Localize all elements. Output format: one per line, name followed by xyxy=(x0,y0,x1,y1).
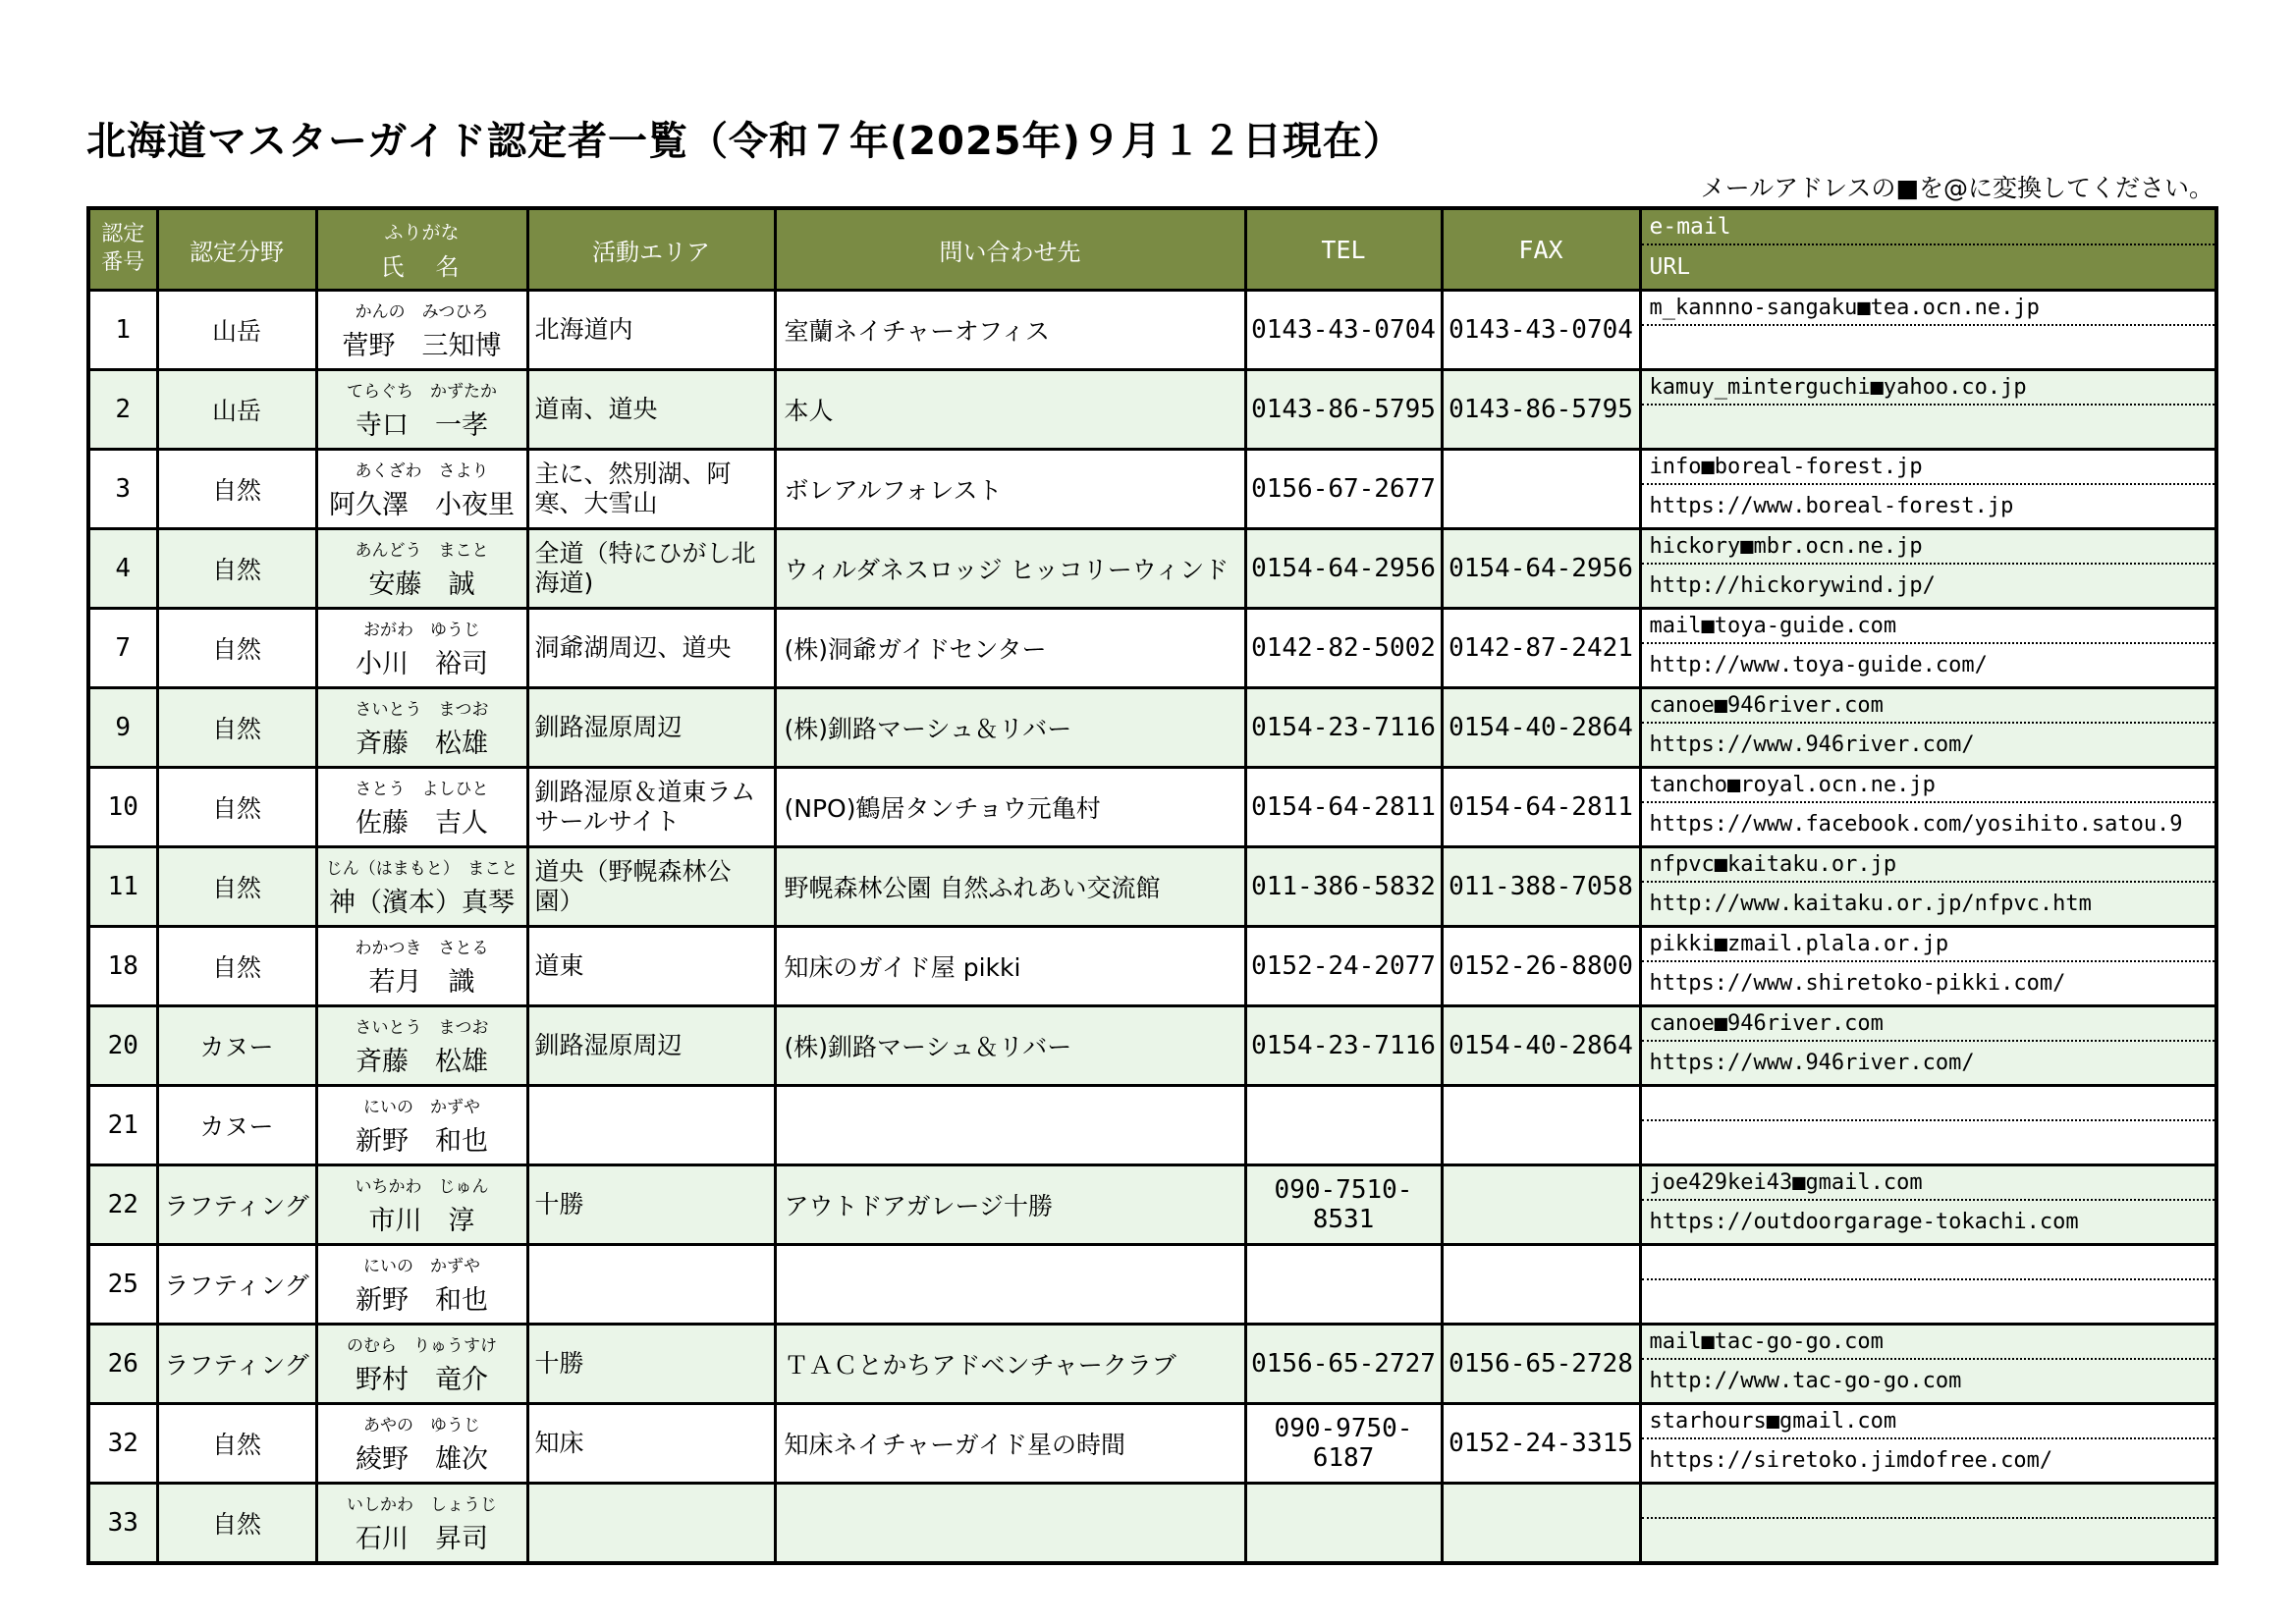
name-text: 小川 裕司 xyxy=(355,642,488,680)
url-text xyxy=(1642,326,2215,368)
name-text: 新野 和也 xyxy=(355,1119,488,1158)
cell-contact: (株)洞爺ガイドセンター xyxy=(775,609,1245,688)
cell-tel xyxy=(1245,1484,1442,1564)
cell-category: 自然 xyxy=(157,529,316,609)
email-text: mail■tac-go-go.com xyxy=(1642,1326,2215,1360)
cell-contact: 知床のガイド屋 pikki xyxy=(775,927,1245,1006)
cell-name: いしかわ しょうじ 石川 昇司 xyxy=(316,1484,527,1564)
cell-category: カヌー xyxy=(157,1006,316,1086)
cell-category: 自然 xyxy=(157,688,316,768)
cell-contact: (株)釧路マーシュ＆リバー xyxy=(775,688,1245,768)
cell-category: ラフティング xyxy=(157,1245,316,1325)
cell-contact xyxy=(775,1484,1245,1564)
name-text: 若月 識 xyxy=(369,960,475,999)
table-row: 11 自然 じん（はまもと） まこと 神（濱本）真琴 道央（野幌森林公園） 野幌… xyxy=(88,847,2216,927)
cell-category: 山岳 xyxy=(157,370,316,450)
cell-cert-number: 26 xyxy=(88,1325,157,1404)
cell-tel: 0154-64-2956 xyxy=(1245,529,1442,609)
cell-email-url: joe429kei43■gmail.com https://outdoorgar… xyxy=(1640,1165,2216,1245)
header-url-label: URL xyxy=(1642,245,2215,289)
cell-email-url: canoe■946river.com https://www.946river.… xyxy=(1640,1006,2216,1086)
cell-name: あくざわ さより 阿久澤 小夜里 xyxy=(316,450,527,529)
cell-name: わかつき さとる 若月 識 xyxy=(316,927,527,1006)
cell-contact: (NPO)鶴居タンチョウ元亀村 xyxy=(775,768,1245,847)
header-row: 認定 番号 認定分野 ふりがな 氏 名 活動エリア 問い合わせ先 TEL FAX… xyxy=(88,208,2216,291)
cell-tel: 090-9750-6187 xyxy=(1245,1404,1442,1484)
cell-tel: 0154-64-2811 xyxy=(1245,768,1442,847)
email-text: canoe■946river.com xyxy=(1642,689,2215,724)
header-tel: TEL xyxy=(1245,208,1442,291)
name-text: 野村 竜介 xyxy=(355,1358,488,1396)
certified-guides-table: 認定 番号 認定分野 ふりがな 氏 名 活動エリア 問い合わせ先 TEL FAX… xyxy=(86,206,2218,1565)
header-fax: FAX xyxy=(1442,208,1640,291)
name-text: 安藤 誠 xyxy=(369,563,475,601)
cell-tel: 0143-43-0704 xyxy=(1245,291,1442,370)
cell-cert-number: 33 xyxy=(88,1484,157,1564)
cell-email-url: canoe■946river.com https://www.946river.… xyxy=(1640,688,2216,768)
furigana-text: さとう よしひと xyxy=(355,775,489,799)
cell-category: 自然 xyxy=(157,1484,316,1564)
cell-cert-number: 10 xyxy=(88,768,157,847)
cell-tel: 011-386-5832 xyxy=(1245,847,1442,927)
cell-category: 自然 xyxy=(157,927,316,1006)
name-text: 菅野 三知博 xyxy=(343,324,502,362)
url-text xyxy=(1642,1519,2215,1561)
cell-contact xyxy=(775,1086,1245,1165)
cell-area xyxy=(527,1245,775,1325)
furigana-text: てらぐち かずたか xyxy=(347,377,497,402)
email-text: canoe■946river.com xyxy=(1642,1007,2215,1042)
cell-email-url: kamuy_minterguchi■yahoo.co.jp xyxy=(1640,370,2216,450)
cell-email-url xyxy=(1640,1245,2216,1325)
cell-cert-number: 4 xyxy=(88,529,157,609)
cell-tel: 090-7510-8531 xyxy=(1245,1165,1442,1245)
furigana-text: あやの ゆうじ xyxy=(363,1411,480,1435)
cell-cert-number: 32 xyxy=(88,1404,157,1484)
furigana-text: いしかわ しょうじ xyxy=(347,1490,497,1515)
cell-fax: 0143-43-0704 xyxy=(1442,291,1640,370)
cell-category: 自然 xyxy=(157,450,316,529)
cell-area: 主に、然別湖、阿寒、大雪山 xyxy=(527,450,775,529)
table-row: 18 自然 わかつき さとる 若月 識 道東 知床のガイド屋 pikki 015… xyxy=(88,927,2216,1006)
cell-email-url: nfpvc■kaitaku.or.jp http://www.kaitaku.o… xyxy=(1640,847,2216,927)
furigana-text: わかつき さとる xyxy=(355,934,489,958)
cell-category: 自然 xyxy=(157,768,316,847)
table-row: 3 自然 あくざわ さより 阿久澤 小夜里 主に、然別湖、阿寒、大雪山 ボレアル… xyxy=(88,450,2216,529)
table-row: 25 ラフティング にいの かずや 新野 和也 xyxy=(88,1245,2216,1325)
cell-fax xyxy=(1442,1245,1640,1325)
table-row: 7 自然 おがわ ゆうじ 小川 裕司 洞爺湖周辺、道央 (株)洞爺ガイドセンター… xyxy=(88,609,2216,688)
furigana-text: のむら りゅうすけ xyxy=(347,1331,497,1356)
name-text: 阿久澤 小夜里 xyxy=(329,483,515,521)
cell-fax: 0152-24-3315 xyxy=(1442,1404,1640,1484)
cell-email-url: m_kannno-sangaku■tea.ocn.ne.jp xyxy=(1640,291,2216,370)
furigana-text: かんの みつひろ xyxy=(355,298,489,322)
email-text xyxy=(1642,1087,2215,1121)
url-text xyxy=(1642,406,2215,448)
page-title: 北海道マスターガイド認定者一覧（令和７年(2025年)９月１２日現在） xyxy=(86,110,1403,166)
name-text: 石川 昇司 xyxy=(355,1517,488,1555)
url-text: https://www.shiretoko-pikki.com/ xyxy=(1642,962,2215,1004)
url-text: http://www.tac-go-go.com xyxy=(1642,1360,2215,1402)
cell-fax: 0154-64-2811 xyxy=(1442,768,1640,847)
cell-tel xyxy=(1245,1245,1442,1325)
email-replacement-note: メールアドレスの■を@に変換してください。 xyxy=(1701,169,2214,204)
cell-category: ラフティング xyxy=(157,1165,316,1245)
cell-fax xyxy=(1442,1086,1640,1165)
cell-email-url: mail■toya-guide.com http://www.toya-guid… xyxy=(1640,609,2216,688)
cell-name: あやの ゆうじ 綾野 雄次 xyxy=(316,1404,527,1484)
cell-contact: アウトドアガレージ十勝 xyxy=(775,1165,1245,1245)
email-text: joe429kei43■gmail.com xyxy=(1642,1166,2215,1201)
cell-contact: 本人 xyxy=(775,370,1245,450)
cell-name: のむら りゅうすけ 野村 竜介 xyxy=(316,1325,527,1404)
header-category: 認定分野 xyxy=(157,208,316,291)
cell-fax: 011-388-7058 xyxy=(1442,847,1640,927)
header-name: ふりがな 氏 名 xyxy=(316,208,527,291)
cell-category: 山岳 xyxy=(157,291,316,370)
cell-contact: ＴＡＣとかちアドベンチャークラブ xyxy=(775,1325,1245,1404)
header-cert-number: 認定 番号 xyxy=(88,208,157,291)
cell-tel xyxy=(1245,1086,1442,1165)
url-text: http://hickorywind.jp/ xyxy=(1642,565,2215,607)
cell-cert-number: 1 xyxy=(88,291,157,370)
cell-name: にいの かずや 新野 和也 xyxy=(316,1086,527,1165)
cell-name: にいの かずや 新野 和也 xyxy=(316,1245,527,1325)
header-email-label: e-mail xyxy=(1642,210,2215,245)
cell-cert-number: 18 xyxy=(88,927,157,1006)
cell-area: 十勝 xyxy=(527,1325,775,1404)
name-text: 斉藤 松雄 xyxy=(355,1040,488,1078)
cell-fax: 0154-64-2956 xyxy=(1442,529,1640,609)
cell-area: 釧路湿原周辺 xyxy=(527,1006,775,1086)
cell-tel: 0154-23-7116 xyxy=(1245,1006,1442,1086)
url-text: http://www.kaitaku.or.jp/nfpvc.htm xyxy=(1642,883,2215,925)
furigana-text: あんどう まこと xyxy=(355,536,489,561)
cell-cert-number: 25 xyxy=(88,1245,157,1325)
cell-email-url xyxy=(1640,1484,2216,1564)
cell-cert-number: 7 xyxy=(88,609,157,688)
table-row: 2 山岳 てらぐち かずたか 寺口 一孝 道南、道央 本人 0143-86-57… xyxy=(88,370,2216,450)
cell-contact: 知床ネイチャーガイド星の時間 xyxy=(775,1404,1245,1484)
header-name-label: 氏 名 xyxy=(381,247,464,282)
table-row: 9 自然 さいとう まつお 斉藤 松雄 釧路湿原周辺 (株)釧路マーシュ＆リバー… xyxy=(88,688,2216,768)
cell-category: 自然 xyxy=(157,1404,316,1484)
email-text: nfpvc■kaitaku.or.jp xyxy=(1642,848,2215,883)
cell-contact: (株)釧路マーシュ＆リバー xyxy=(775,1006,1245,1086)
email-text: tancho■royal.ocn.ne.jp xyxy=(1642,769,2215,803)
table-row: 22 ラフティング いちかわ じゅん 市川 淳 十勝 アウトドアガレージ十勝 0… xyxy=(88,1165,2216,1245)
header-furigana-label: ふりがな xyxy=(384,218,459,244)
header-email-url: e-mail URL xyxy=(1640,208,2216,291)
cell-area: 洞爺湖周辺、道央 xyxy=(527,609,775,688)
email-text: info■boreal-forest.jp xyxy=(1642,451,2215,485)
cell-tel: 0142-82-5002 xyxy=(1245,609,1442,688)
table-row: 1 山岳 かんの みつひろ 菅野 三知博 北海道内 室蘭ネイチャーオフィス 01… xyxy=(88,291,2216,370)
cell-email-url: tancho■royal.ocn.ne.jp https://www.faceb… xyxy=(1640,768,2216,847)
table-row: 10 自然 さとう よしひと 佐藤 吉人 釧路湿原＆道東ラムサールサイト (NP… xyxy=(88,768,2216,847)
cell-category: カヌー xyxy=(157,1086,316,1165)
cell-area xyxy=(527,1484,775,1564)
email-text xyxy=(1642,1485,2215,1519)
url-text: https://siretoko.jimdofree.com/ xyxy=(1642,1439,2215,1482)
cell-area: 釧路湿原周辺 xyxy=(527,688,775,768)
cell-email-url: starhours■gmail.com https://siretoko.jim… xyxy=(1640,1404,2216,1484)
cell-fax xyxy=(1442,450,1640,529)
cell-category: 自然 xyxy=(157,609,316,688)
url-text: https://www.boreal-forest.jp xyxy=(1642,485,2215,527)
cell-area: 北海道内 xyxy=(527,291,775,370)
cell-contact xyxy=(775,1245,1245,1325)
name-text: 斉藤 松雄 xyxy=(355,722,488,760)
email-text: m_kannno-sangaku■tea.ocn.ne.jp xyxy=(1642,292,2215,326)
name-text: 神（濱本）真琴 xyxy=(329,881,515,919)
cell-name: さとう よしひと 佐藤 吉人 xyxy=(316,768,527,847)
email-text: starhours■gmail.com xyxy=(1642,1405,2215,1439)
url-text: https://www.946river.com/ xyxy=(1642,1042,2215,1084)
table-row: 32 自然 あやの ゆうじ 綾野 雄次 知床 知床ネイチャーガイド星の時間 09… xyxy=(88,1404,2216,1484)
table-body: 1 山岳 かんの みつひろ 菅野 三知博 北海道内 室蘭ネイチャーオフィス 01… xyxy=(88,291,2216,1564)
url-text: https://www.946river.com/ xyxy=(1642,724,2215,766)
table-row: 21 カヌー にいの かずや 新野 和也 xyxy=(88,1086,2216,1165)
cell-tel: 0152-24-2077 xyxy=(1245,927,1442,1006)
header-contact: 問い合わせ先 xyxy=(775,208,1245,291)
url-text xyxy=(1642,1121,2215,1164)
furigana-text: にいの かずや xyxy=(363,1252,480,1276)
email-text xyxy=(1642,1246,2215,1280)
url-text: http://www.toya-guide.com/ xyxy=(1642,644,2215,686)
email-text: mail■toya-guide.com xyxy=(1642,610,2215,644)
cell-contact: ボレアルフォレスト xyxy=(775,450,1245,529)
email-text: pikki■zmail.plala.or.jp xyxy=(1642,928,2215,962)
furigana-text: にいの かずや xyxy=(363,1093,480,1117)
cell-category: ラフティング xyxy=(157,1325,316,1404)
furigana-text: あくざわ さより xyxy=(355,457,489,481)
cell-tel: 0154-23-7116 xyxy=(1245,688,1442,768)
cell-area: 全道（特にひがし北海道) xyxy=(527,529,775,609)
cell-cert-number: 3 xyxy=(88,450,157,529)
cell-tel: 0156-67-2677 xyxy=(1245,450,1442,529)
cell-name: いちかわ じゅん 市川 淳 xyxy=(316,1165,527,1245)
cell-name: じん（はまもと） まこと 神（濱本）真琴 xyxy=(316,847,527,927)
cell-contact: 室蘭ネイチャーオフィス xyxy=(775,291,1245,370)
cell-email-url: mail■tac-go-go.com http://www.tac-go-go.… xyxy=(1640,1325,2216,1404)
header-area: 活動エリア xyxy=(527,208,775,291)
cell-name: あんどう まこと 安藤 誠 xyxy=(316,529,527,609)
cell-name: さいとう まつお 斉藤 松雄 xyxy=(316,688,527,768)
cell-area: 道東 xyxy=(527,927,775,1006)
cell-tel: 0143-86-5795 xyxy=(1245,370,1442,450)
furigana-text: いちかわ じゅん xyxy=(355,1172,489,1197)
furigana-text: じん（はまもと） まこと xyxy=(326,854,519,879)
url-text: https://outdoorgarage-tokachi.com xyxy=(1642,1201,2215,1243)
cell-cert-number: 20 xyxy=(88,1006,157,1086)
cell-area: 釧路湿原＆道東ラムサールサイト xyxy=(527,768,775,847)
name-text: 市川 淳 xyxy=(369,1199,475,1237)
name-text: 綾野 雄次 xyxy=(355,1437,488,1476)
table-row: 33 自然 いしかわ しょうじ 石川 昇司 xyxy=(88,1484,2216,1564)
cell-contact: 野幌森林公園 自然ふれあい交流館 xyxy=(775,847,1245,927)
cell-fax xyxy=(1442,1484,1640,1564)
cell-name: かんの みつひろ 菅野 三知博 xyxy=(316,291,527,370)
name-text: 佐藤 吉人 xyxy=(355,801,488,839)
header-cert-number-line1: 認定 xyxy=(90,221,156,249)
cell-contact: ウィルダネスロッジ ヒッコリーウィンド xyxy=(775,529,1245,609)
cell-area xyxy=(527,1086,775,1165)
cell-name: おがわ ゆうじ 小川 裕司 xyxy=(316,609,527,688)
cell-cert-number: 2 xyxy=(88,370,157,450)
cell-name: さいとう まつお 斉藤 松雄 xyxy=(316,1006,527,1086)
table-row: 20 カヌー さいとう まつお 斉藤 松雄 釧路湿原周辺 (株)釧路マーシュ＆リ… xyxy=(88,1006,2216,1086)
cell-email-url: hickory■mbr.ocn.ne.jp http://hickorywind… xyxy=(1640,529,2216,609)
header-cert-number-line2: 番号 xyxy=(90,249,156,278)
name-text: 寺口 一孝 xyxy=(355,404,488,442)
table-row: 26 ラフティング のむら りゅうすけ 野村 竜介 十勝 ＴＡＣとかちアドベンチ… xyxy=(88,1325,2216,1404)
cell-cert-number: 22 xyxy=(88,1165,157,1245)
cell-area: 道央（野幌森林公園） xyxy=(527,847,775,927)
cell-tel: 0156-65-2727 xyxy=(1245,1325,1442,1404)
table-row: 4 自然 あんどう まこと 安藤 誠 全道（特にひがし北海道) ウィルダネスロッ… xyxy=(88,529,2216,609)
cell-email-url: pikki■zmail.plala.or.jp https://www.shir… xyxy=(1640,927,2216,1006)
cell-cert-number: 11 xyxy=(88,847,157,927)
cell-email-url xyxy=(1640,1086,2216,1165)
cell-area: 知床 xyxy=(527,1404,775,1484)
cell-fax: 0154-40-2864 xyxy=(1442,688,1640,768)
url-text xyxy=(1642,1280,2215,1323)
cell-area: 道南、道央 xyxy=(527,370,775,450)
name-text: 新野 和也 xyxy=(355,1278,488,1317)
furigana-text: さいとう まつお xyxy=(355,1013,489,1038)
cell-name: てらぐち かずたか 寺口 一孝 xyxy=(316,370,527,450)
cell-fax: 0152-26-8800 xyxy=(1442,927,1640,1006)
cell-fax: 0154-40-2864 xyxy=(1442,1006,1640,1086)
cell-cert-number: 21 xyxy=(88,1086,157,1165)
table-header: 認定 番号 認定分野 ふりがな 氏 名 活動エリア 問い合わせ先 TEL FAX… xyxy=(88,208,2216,291)
furigana-text: おがわ ゆうじ xyxy=(363,616,480,640)
cell-area: 十勝 xyxy=(527,1165,775,1245)
cell-fax: 0142-87-2421 xyxy=(1442,609,1640,688)
cell-category: 自然 xyxy=(157,847,316,927)
cell-fax: 0143-86-5795 xyxy=(1442,370,1640,450)
cell-fax: 0156-65-2728 xyxy=(1442,1325,1640,1404)
url-text: https://www.facebook.com/yosihito.satou.… xyxy=(1642,803,2215,845)
cell-cert-number: 9 xyxy=(88,688,157,768)
email-text: kamuy_minterguchi■yahoo.co.jp xyxy=(1642,371,2215,406)
cell-fax xyxy=(1442,1165,1640,1245)
furigana-text: さいとう まつお xyxy=(355,695,489,720)
cell-email-url: info■boreal-forest.jp https://www.boreal… xyxy=(1640,450,2216,529)
email-text: hickory■mbr.ocn.ne.jp xyxy=(1642,530,2215,565)
